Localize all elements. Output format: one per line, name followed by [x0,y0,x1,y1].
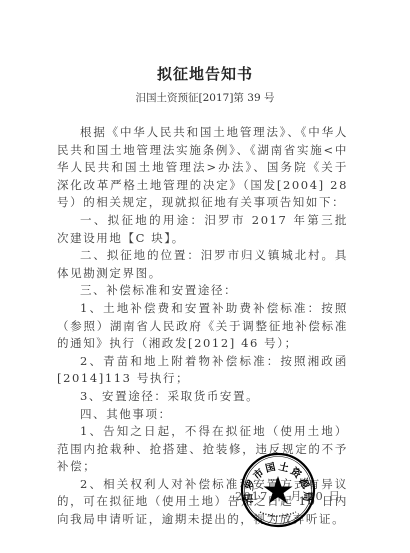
document-title: 拟征地告知书 [0,63,410,84]
official-seal: 汨罗市国土资源局 [240,452,316,528]
paragraph-compensation-3: 3、安置途径：采取货币安置。 [57,388,348,406]
star-icon [264,476,293,504]
paragraph-location: 二、拟征地的位置：汨罗市归义镇城北村。具体见勘测定界图。 [57,247,348,282]
paragraph-compensation-1: 1、土地补偿费和安置补助费补偿标准：按照（参照）湖南省人民政府《关于调整征地补偿… [57,300,348,353]
paragraph-intro: 根据《中华人民共和国土地管理法》、《中华人民共和国土地管理法实施条例》、《湖南省… [57,124,348,212]
paragraph-compensation-2: 2、青苗和地上附着物补偿标准：按照湘政函[2014]113 号执行； [57,353,348,388]
paragraph-other-heading: 四、其他事项： [57,406,348,424]
paragraph-purpose: 一、拟征地的用途：汨罗市 2017 年第三批次建设用地【C 块】。 [57,212,348,247]
paragraph-compensation-heading: 三、补偿标准和安置途径： [57,282,348,300]
document-number: 汨国土资预征[2017]第 39 号 [0,90,410,105]
